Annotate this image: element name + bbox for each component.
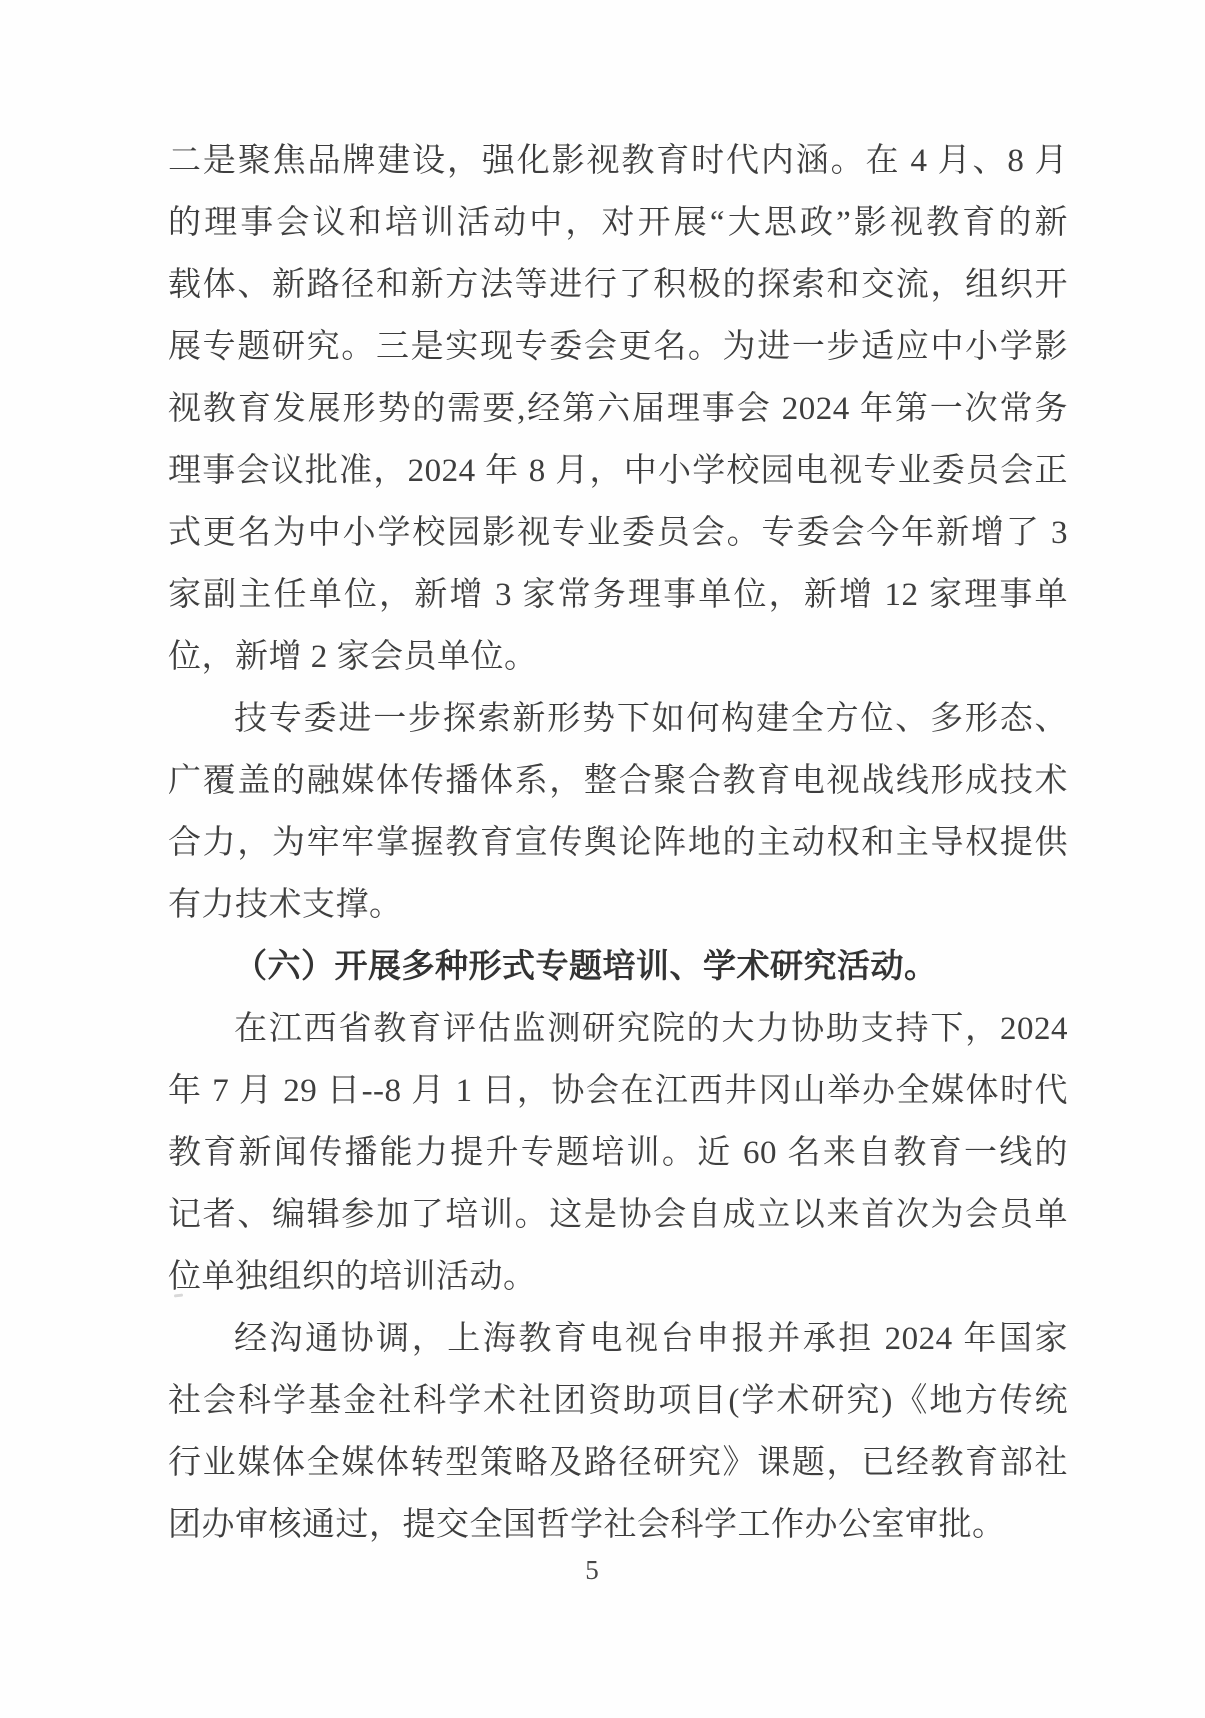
text-line: 年 7 月 29 日--8 月 1 日，协会在江西井冈山举办全媒体时代 [168, 1060, 1068, 1122]
text-line: 广覆盖的融媒体传播体系，整合聚合教育电视战线形成技术 [168, 750, 1068, 812]
text-line: 式更名为中小学校园影视专业委员会。专委会今年新增了 3 [168, 502, 1068, 564]
text-line: 教育新闻传播能力提升专题培训。近 60 名来自教育一线的 [168, 1122, 1068, 1184]
text-line: 团办审核通过，提交全国哲学社会科学工作办公室审批。 [168, 1494, 1068, 1556]
text-line: （六）开展多种形式专题培训、学术研究活动。 [168, 936, 1068, 998]
text-line: 经沟通协调，上海教育电视台申报并承担 2024 年国家 [168, 1308, 1068, 1370]
text-line: 在江西省教育评估监测研究院的大力协助支持下，2024 [168, 998, 1068, 1060]
text-line: 位，新增 2 家会员单位。 [168, 626, 1068, 688]
text-line: 行业媒体全媒体转型策略及路径研究》课题，已经教育部社 [168, 1432, 1068, 1494]
text-line: 二是聚焦品牌建设，强化影视教育时代内涵。在 4 月、8 月 [168, 130, 1068, 192]
text-line: 合力，为牢牢掌握教育宣传舆论阵地的主动权和主导权提供 [168, 812, 1068, 874]
document-body: 二是聚焦品牌建设，强化影视教育时代内涵。在 4 月、8 月的理事会议和培训活动中… [168, 130, 1068, 1556]
text-line: 家副主任单位，新增 3 家常务理事单位，新增 12 家理事单 [168, 564, 1068, 626]
text-line: 技专委进一步探索新形势下如何构建全方位、多形态、 [168, 688, 1068, 750]
text-line: 社会科学基金社科学术社团资助项目(学术研究)《地方传统 [168, 1370, 1068, 1432]
document-page: 二是聚焦品牌建设，强化影视教育时代内涵。在 4 月、8 月的理事会议和培训活动中… [0, 0, 1205, 1718]
text-line: 展专题研究。三是实现专委会更名。为进一步适应中小学影 [168, 316, 1068, 378]
page-number: 5 [0, 1550, 1184, 1590]
text-line: 位单独组织的培训活动。 [168, 1246, 1068, 1308]
text-line: 记者、编辑参加了培训。这是协会自成立以来首次为会员单 [168, 1184, 1068, 1246]
text-line: 视教育发展形势的需要,经第六届理事会 2024 年第一次常务 [168, 378, 1068, 440]
text-line: 的理事会议和培训活动中，对开展“大思政”影视教育的新 [168, 192, 1068, 254]
text-line: 有力技术支撑。 [168, 874, 1068, 936]
text-line: 载体、新路径和新方法等进行了积极的探索和交流，组织开 [168, 254, 1068, 316]
text-line: 理事会议批准，2024 年 8 月，中小学校园电视专业委员会正 [168, 440, 1068, 502]
